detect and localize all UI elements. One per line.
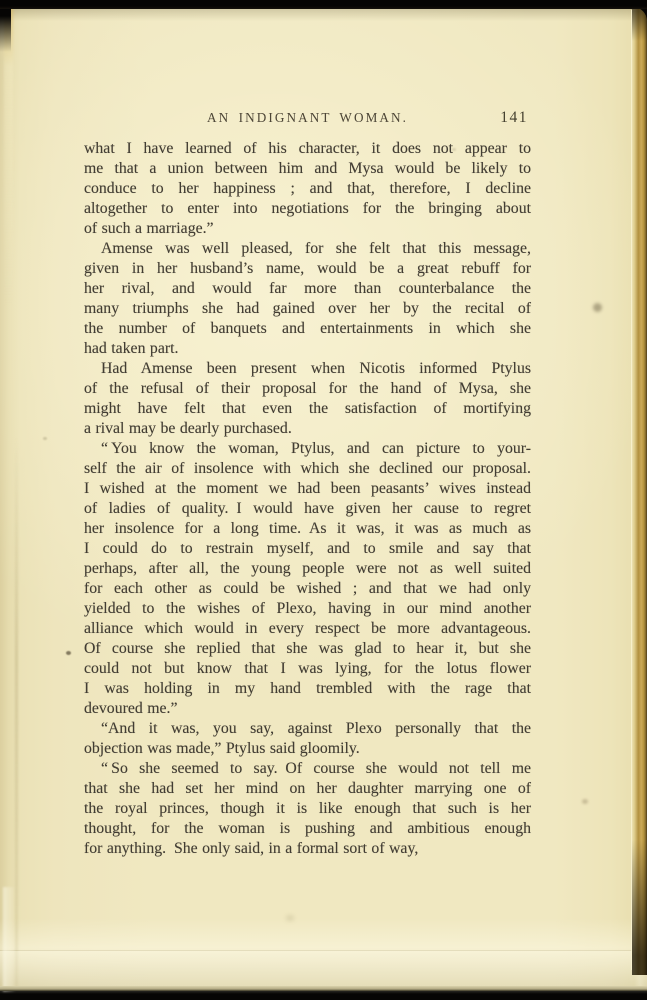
text-line: I was holding in my hand trembled with t… (84, 679, 531, 699)
running-title: AN INDIGNANT WOMAN. (84, 110, 531, 126)
text-line: conduce to her happiness ; and that, the… (84, 179, 531, 199)
text-line: I could do to restrain myself, and to sm… (84, 539, 531, 559)
text-line: I wished at the moment we had been peasa… (84, 479, 531, 499)
gutter-streak (4, 7, 13, 327)
text-block: what I have learned of his character, it… (84, 139, 531, 859)
text-line: could not but know that I was lying, for… (84, 659, 531, 679)
page-paper: AN INDIGNANT WOMAN. 141 what I have lear… (0, 7, 647, 987)
text-line: perhaps, after all, the young people wer… (84, 559, 531, 579)
text-line: self the air of insolence with which she… (84, 459, 531, 479)
text-line: what I have learned of his character, it… (84, 139, 531, 159)
text-line: a rival may be dearly purchased. (84, 419, 531, 439)
paper-speck (593, 303, 602, 312)
text-line: that she had set her mind on her daughte… (84, 779, 531, 799)
text-line: Of course she replied that she was glad … (84, 639, 531, 659)
paragraph: “ So she seemed to say. Of course she wo… (84, 759, 531, 859)
text-line: her rival, and would far more than count… (84, 279, 531, 299)
text-line: altogether to enter into negotiations fo… (84, 199, 531, 219)
text-line: devoured me.” (84, 699, 531, 719)
text-line: of the refusal of their proposal for the… (84, 379, 531, 399)
bottom-left-page-edges (3, 887, 19, 993)
page-header: AN INDIGNANT WOMAN. 141 (84, 110, 531, 126)
paragraph: what I have learned of his character, it… (84, 139, 531, 239)
scan-top-edge (0, 0, 647, 9)
paragraph: Had Amense been present when Nicotis inf… (84, 359, 531, 439)
text-line: “ You know the woman, Ptylus, and can pi… (84, 439, 531, 459)
page-number: 141 (500, 109, 528, 127)
paper-speck (582, 799, 588, 804)
paper-speck (286, 915, 294, 921)
text-line: for each other as could be wished ; and … (84, 579, 531, 599)
text-line: her insolence for a long time. As it was… (84, 519, 531, 539)
text-line: me that a union between him and Mysa wou… (84, 159, 531, 179)
paper-speck (66, 651, 71, 655)
text-line: alliance which would in every respect be… (84, 619, 531, 639)
text-line: Had Amense been present when Nicotis inf… (84, 359, 531, 379)
text-line: “And it was, you say, against Plexo pers… (84, 719, 531, 739)
scan-bottom-edge (0, 991, 647, 1000)
fore-edge-page-stack (632, 7, 647, 975)
text-line: the number of banquets and entertainment… (84, 319, 531, 339)
text-line: yielded to the wishes of Plexo, having i… (84, 599, 531, 619)
text-line: for anything. She only said, in a formal… (84, 839, 531, 859)
text-line: the royal princes, though it is like eno… (84, 799, 531, 819)
text-line: many triumphs she had gained over her by… (84, 299, 531, 319)
paper-speck (43, 437, 47, 440)
text-line: given in her husband’s name, would be a … (84, 259, 531, 279)
text-line: of such a marriage.” (84, 219, 531, 239)
text-line: Amense was well pleased, for she felt th… (84, 239, 531, 259)
text-line: objection was made,” Ptylus said gloomil… (84, 739, 531, 759)
paragraph: Amense was well pleased, for she felt th… (84, 239, 531, 359)
paragraph: “ You know the woman, Ptylus, and can pi… (84, 439, 531, 719)
text-line: had taken part. (84, 339, 531, 359)
paragraph: “And it was, you say, against Plexo pers… (84, 719, 531, 759)
text-line: might have felt that even the satisfacti… (84, 399, 531, 419)
text-line: thought, for the woman is pushing and am… (84, 819, 531, 839)
text-line: “ So she seemed to say. Of course she wo… (84, 759, 531, 779)
book-scan: AN INDIGNANT WOMAN. 141 what I have lear… (0, 0, 647, 1000)
text-line: of ladies of quality. I would have given… (84, 499, 531, 519)
